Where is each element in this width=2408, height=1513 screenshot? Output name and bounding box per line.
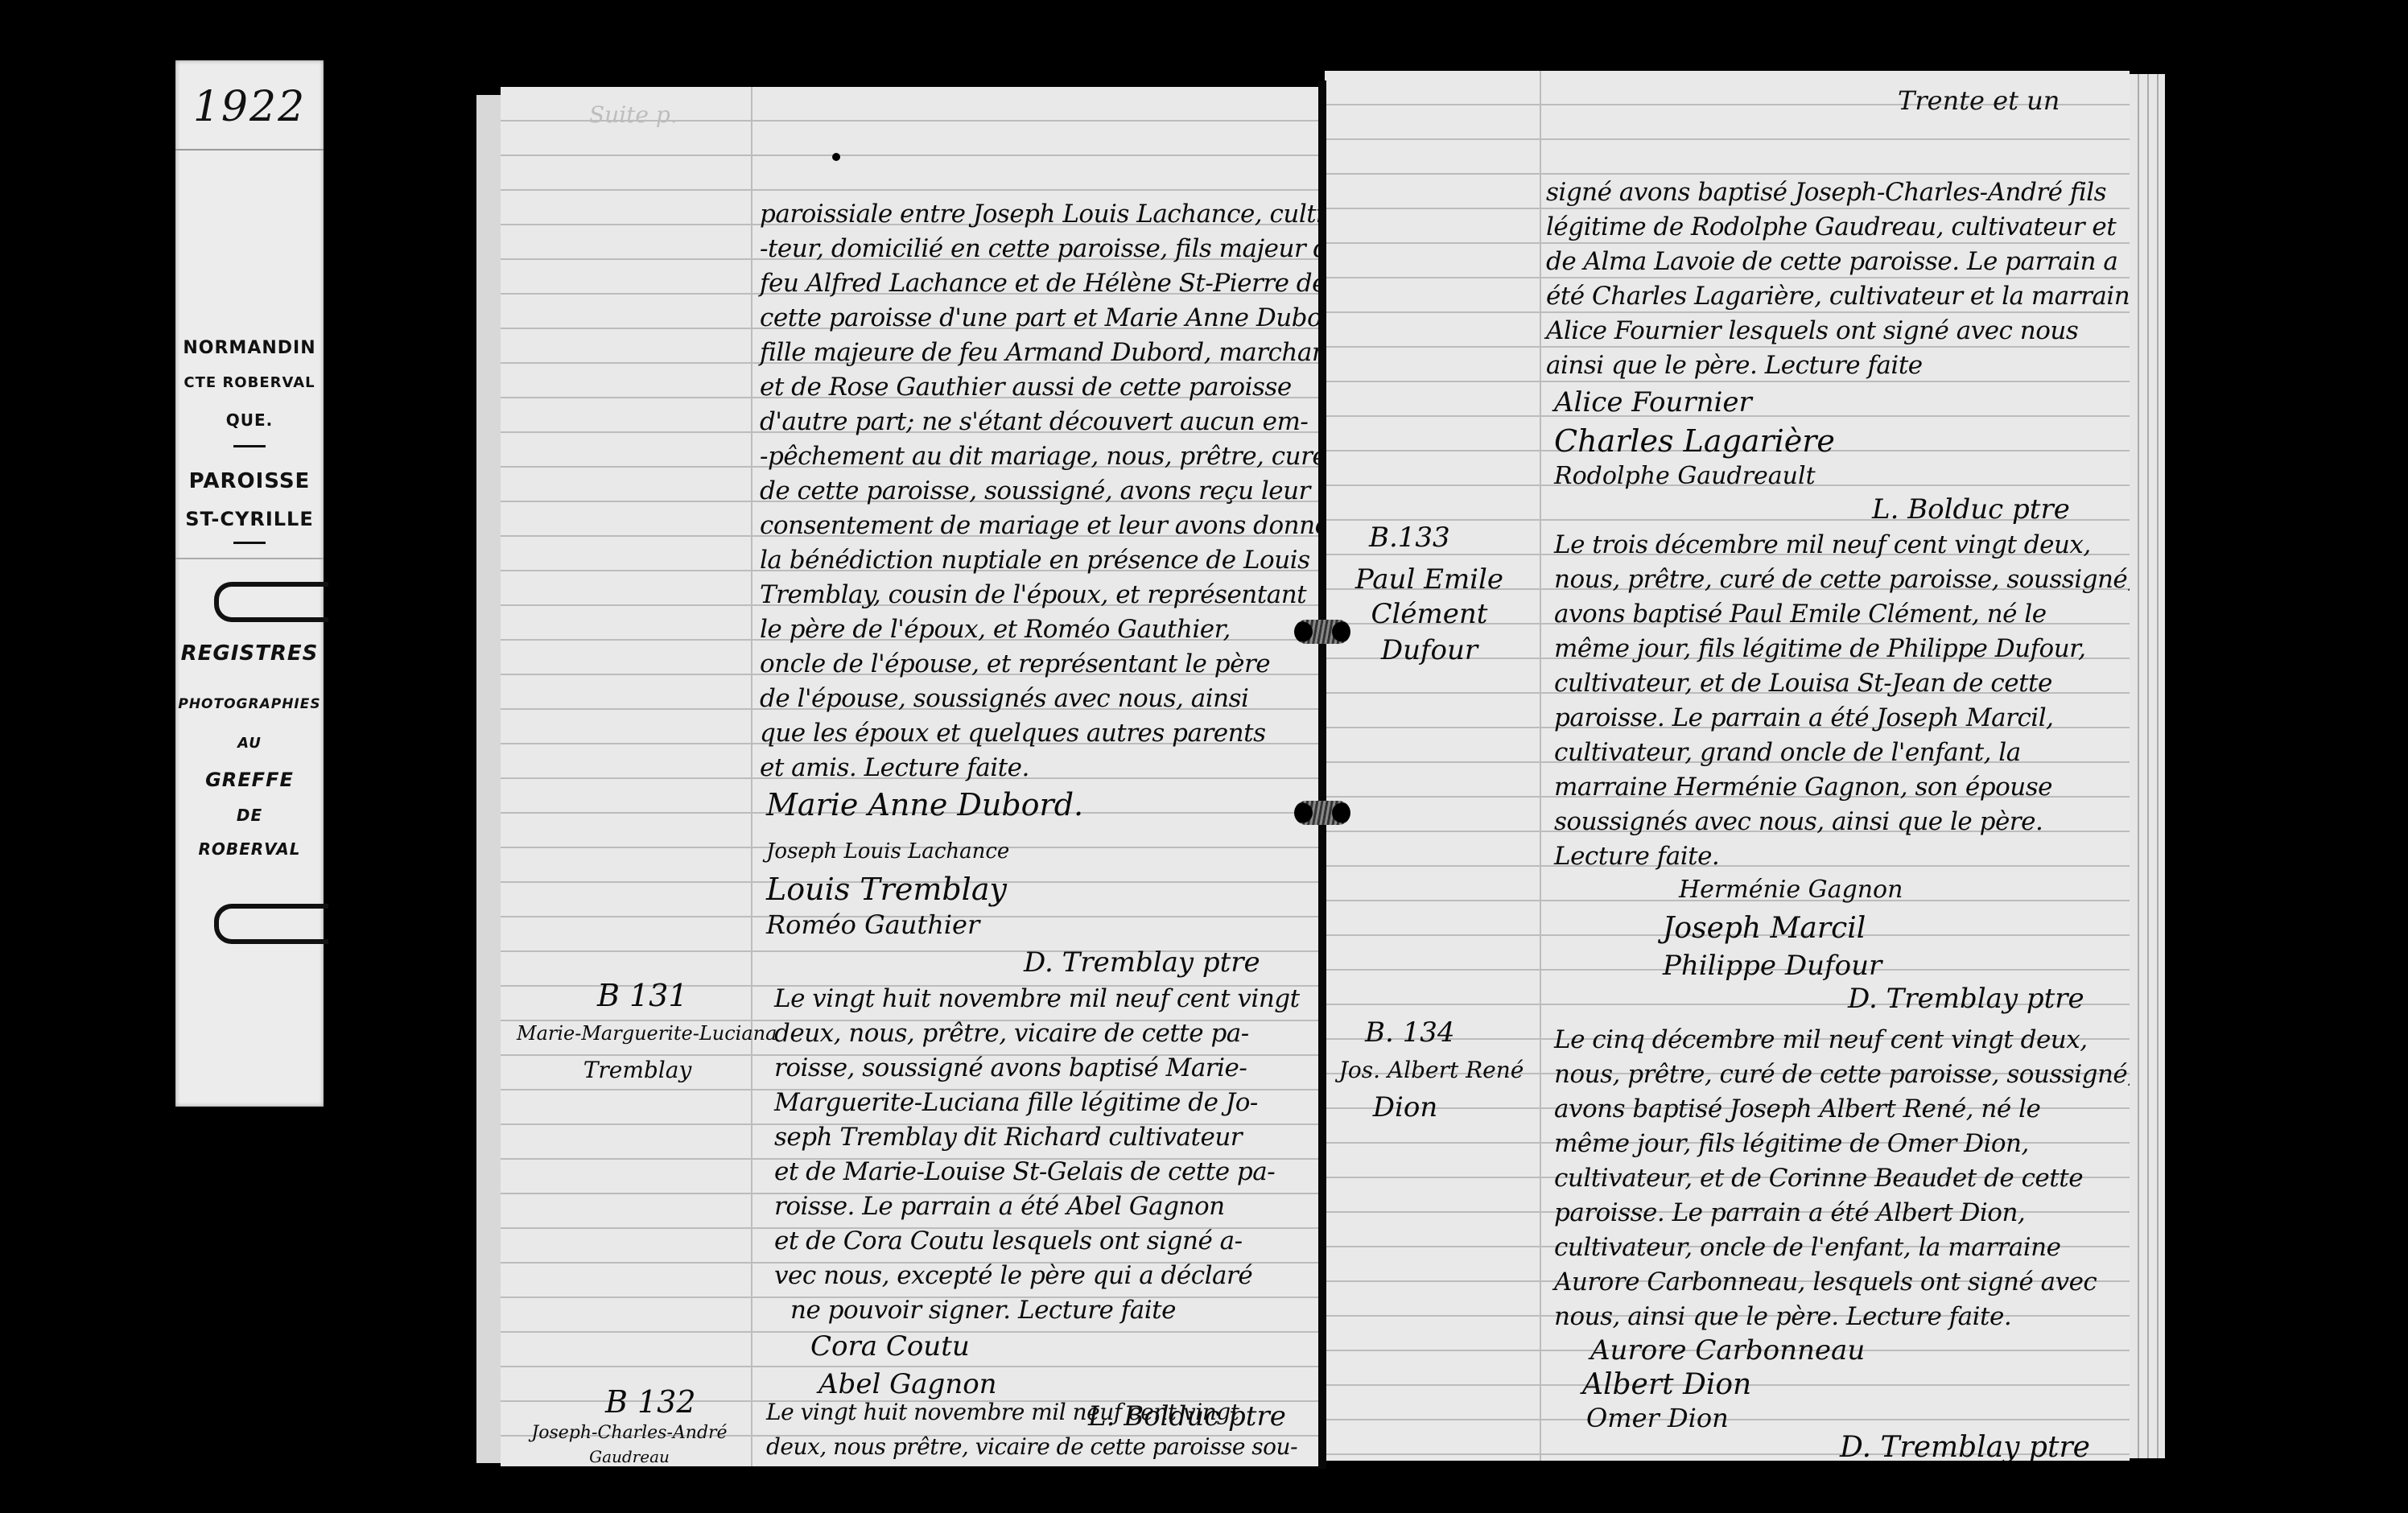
- text-line: fille majeure de feu Armand Dubord, marc…: [760, 336, 1320, 370]
- label-registry-1: REGISTRES: [175, 641, 324, 666]
- entry-name: Jos. Albert René: [1325, 1057, 1538, 1083]
- text-line: Le vingt huit novembre mil neuf cent vin…: [766, 1395, 1239, 1429]
- text-line: ainsi que le père. Lecture faite: [1546, 348, 1923, 383]
- text-line: de l'épouse, soussignés avec nous, ainsi: [760, 682, 1248, 716]
- margin-line: [751, 87, 752, 1466]
- text-line: Marguerite-Luciana fille légitime de Jo-: [774, 1086, 1258, 1120]
- label-location-2: CTE ROBERVAL: [175, 374, 324, 391]
- entry-name: Marie-Marguerite-Luciana: [517, 1022, 758, 1045]
- text-line: le père de l'époux, et Roméo Gauthier,: [760, 612, 1231, 647]
- text-line: nous, prêtre, curé de cette paroisse, so…: [1554, 563, 2130, 597]
- text-line: paroisse. Le parrain a été Joseph Marcil…: [1554, 701, 2054, 736]
- entry-name: Clément: [1325, 598, 1534, 630]
- officiant-signature: D. Tremblay ptre: [1024, 946, 1260, 979]
- entry-number: B. 134: [1365, 1016, 1455, 1049]
- text-line: seph Tremblay dit Richard cultivateur: [774, 1120, 1242, 1155]
- text-line: avons baptisé Paul Emile Clément, né le: [1554, 597, 2047, 632]
- entry-name: Dufour: [1325, 634, 1534, 666]
- text-line: oncle de l'épouse, et représentant le pè…: [760, 647, 1270, 682]
- text-line: Lecture faite.: [1554, 839, 1719, 874]
- signature: Rodolphe Gaudreault: [1554, 462, 1816, 490]
- text-line: soussignés avec nous, ainsi que le père.: [1554, 805, 2043, 839]
- text-line: deux, nous, prêtre, vicaire de cette pa-: [774, 1016, 1249, 1051]
- text-line: et de Marie-Louise St-Gelais de cette pa…: [774, 1155, 1275, 1189]
- text-line: de Alma Lavoie de cette paroisse. Le par…: [1546, 245, 2117, 279]
- text-line: même jour, fils légitime de Philippe Duf…: [1554, 632, 2085, 666]
- signature: Charles Lagarière: [1554, 423, 1835, 459]
- right-page: Trente et un signé avons baptisé Joseph-…: [1325, 71, 2130, 1461]
- text-line: deux, nous prêtre, vicaire de cette paro…: [766, 1429, 1297, 1464]
- signature: Herménie Gagnon: [1679, 876, 1903, 904]
- signature: Cora Coutu: [810, 1330, 970, 1363]
- label-divider: [175, 558, 324, 559]
- text-line: la bénédiction nuptiale en présence de L…: [760, 543, 1310, 578]
- ink-dot: [832, 153, 840, 161]
- text-line: Le cinq décembre mil neuf cent vingt deu…: [1554, 1023, 2088, 1057]
- label-location-3: QUE.: [175, 410, 324, 430]
- text-line: -teur, domicilié en cette paroisse, fils…: [760, 232, 1320, 266]
- entry-number: B 131: [597, 978, 688, 1013]
- text-line: cultivateur, et de Louisa St-Jean de cet…: [1554, 666, 2052, 701]
- text-line: Le trois décembre mil neuf cent vingt de…: [1554, 528, 2091, 563]
- officiant-signature: L. Bolduc ptre: [1872, 493, 2070, 526]
- signature: Joseph Marcil: [1663, 912, 1866, 945]
- year-box: 1922: [175, 60, 324, 150]
- text-line: et de Cora Coutu lesquels ont signé a-: [774, 1224, 1243, 1259]
- page-header-note: Trente et un: [1898, 85, 2060, 116]
- signature: Philippe Dufour: [1663, 950, 1882, 982]
- signature: Albert Dion: [1582, 1368, 1751, 1401]
- text-line: été Charles Lagarière, cultivateur et la…: [1546, 279, 2130, 314]
- signature: Joseph Louis Lachance: [766, 839, 1009, 864]
- text-line: cultivateur, oncle de l'enfant, la marra…: [1554, 1231, 2060, 1265]
- text-line: vec nous, excepté le père qui a déclaré: [774, 1259, 1252, 1293]
- faint-header: Suite p.: [589, 101, 678, 128]
- text-line: Tremblay, cousin de l'époux, et représen…: [760, 578, 1306, 612]
- text-line: consentement de mariage et leur avons do…: [760, 509, 1320, 543]
- binding-knot-icon: [1294, 620, 1350, 644]
- entry-number: B 132: [605, 1384, 696, 1420]
- label-registry-4: GREFFE: [175, 769, 324, 791]
- text-line: que les époux et quelques autres parents: [760, 716, 1266, 751]
- officiant-signature: D. Tremblay ptre: [1840, 1431, 2090, 1461]
- left-page: Suite p. paroissiale entre Joseph Louis …: [501, 87, 1320, 1466]
- text-line: paroisse. Le parrain a été Albert Dion,: [1554, 1196, 2025, 1231]
- signature: Marie Anne Dubord.: [766, 787, 1083, 822]
- archive-label: 1922 NORMANDIN CTE ROBERVAL QUE. PAROISS…: [175, 60, 324, 1107]
- book-edge-right: [2130, 74, 2165, 1458]
- signature: Omer Dion: [1586, 1403, 1729, 1433]
- label-parish-1: PAROISSE: [175, 469, 324, 493]
- label-parish-2: ST-CYRILLE: [175, 508, 324, 530]
- signature: Aurore Carbonneau: [1590, 1334, 1865, 1367]
- text-line: cultivateur, et de Corinne Beaudet de ce…: [1554, 1161, 2083, 1196]
- text-line: même jour, fils légitime de Omer Dion,: [1554, 1127, 2029, 1161]
- text-line: nous, ainsi que le père. Lecture faite.: [1554, 1300, 2011, 1334]
- text-line: feu Alfred Lachance et de Hélène St-Pier…: [760, 266, 1320, 301]
- register-year: 1922: [175, 83, 324, 131]
- text-line: cette paroisse d'une part et Marie Anne …: [760, 301, 1320, 336]
- signature: Louis Tremblay: [766, 872, 1007, 907]
- entry-name: Joseph-Charles-André: [509, 1423, 750, 1443]
- text-line: nous, prêtre, curé de cette paroisse, so…: [1554, 1057, 2130, 1092]
- paper-clip-icon: [214, 904, 328, 944]
- label-registry-2: PHOTOGRAPHIES: [175, 696, 324, 712]
- book-gutter: [1318, 80, 1326, 1469]
- paper-clip-icon: [214, 582, 328, 622]
- officiant-signature: D. Tremblay ptre: [1848, 983, 2084, 1015]
- entry-name: Paul Emile: [1325, 563, 1534, 596]
- text-line: signé avons baptisé Joseph-Charles-André…: [1546, 175, 2106, 210]
- text-line: Aurore Carbonneau, lesquels ont signé av…: [1554, 1265, 2097, 1300]
- text-line: de cette paroisse, soussigné, avons reçu…: [760, 474, 1320, 509]
- text-line: et amis. Lecture faite.: [760, 751, 1029, 785]
- text-line: -pêchement au dit mariage, nous, prêtre,…: [760, 439, 1320, 474]
- text-line: marraine Herménie Gagnon, son épouse: [1554, 770, 2052, 805]
- text-line: avons baptisé Joseph Albert René, né le: [1554, 1092, 2040, 1127]
- entry-number: B.133: [1369, 522, 1450, 554]
- text-line: cultivateur, grand oncle de l'enfant, la: [1554, 736, 2021, 770]
- text-line: légitime de Rodolphe Gaudreau, cultivate…: [1546, 210, 2116, 245]
- text-line: Alice Fournier lesquels ont signé avec n…: [1546, 314, 2078, 348]
- entry-name: Dion: [1325, 1091, 1486, 1123]
- label-registry-3: AU: [175, 735, 324, 752]
- text-line: Le vingt huit novembre mil neuf cent vin…: [774, 982, 1300, 1016]
- label-registry-5: DE: [175, 806, 324, 825]
- label-dash: [233, 542, 266, 544]
- text-line: d'autre part; ne s'étant découvert aucun…: [760, 405, 1308, 439]
- text-line: et de Rose Gauthier aussi de cette paroi…: [760, 370, 1292, 405]
- text-line: paroissiale entre Joseph Louis Lachance,…: [760, 197, 1320, 232]
- signature: Alice Fournier: [1554, 386, 1752, 418]
- binding-knot-icon: [1294, 801, 1350, 825]
- entry-name: Gaudreau: [509, 1447, 750, 1466]
- text-line: ne pouvoir signer. Lecture faite: [790, 1293, 1176, 1328]
- margin-line: [1540, 71, 1541, 1461]
- text-line: roisse. Le parrain a été Abel Gagnon: [774, 1189, 1225, 1224]
- label-location-1: NORMANDIN: [175, 338, 324, 358]
- label-registry-6: ROBERVAL: [175, 839, 324, 859]
- entry-name: Tremblay: [517, 1057, 758, 1083]
- signature: Roméo Gauthier: [766, 909, 979, 940]
- text-line: roisse, soussigné avons baptisé Marie-: [774, 1051, 1247, 1086]
- label-dash: [233, 445, 266, 447]
